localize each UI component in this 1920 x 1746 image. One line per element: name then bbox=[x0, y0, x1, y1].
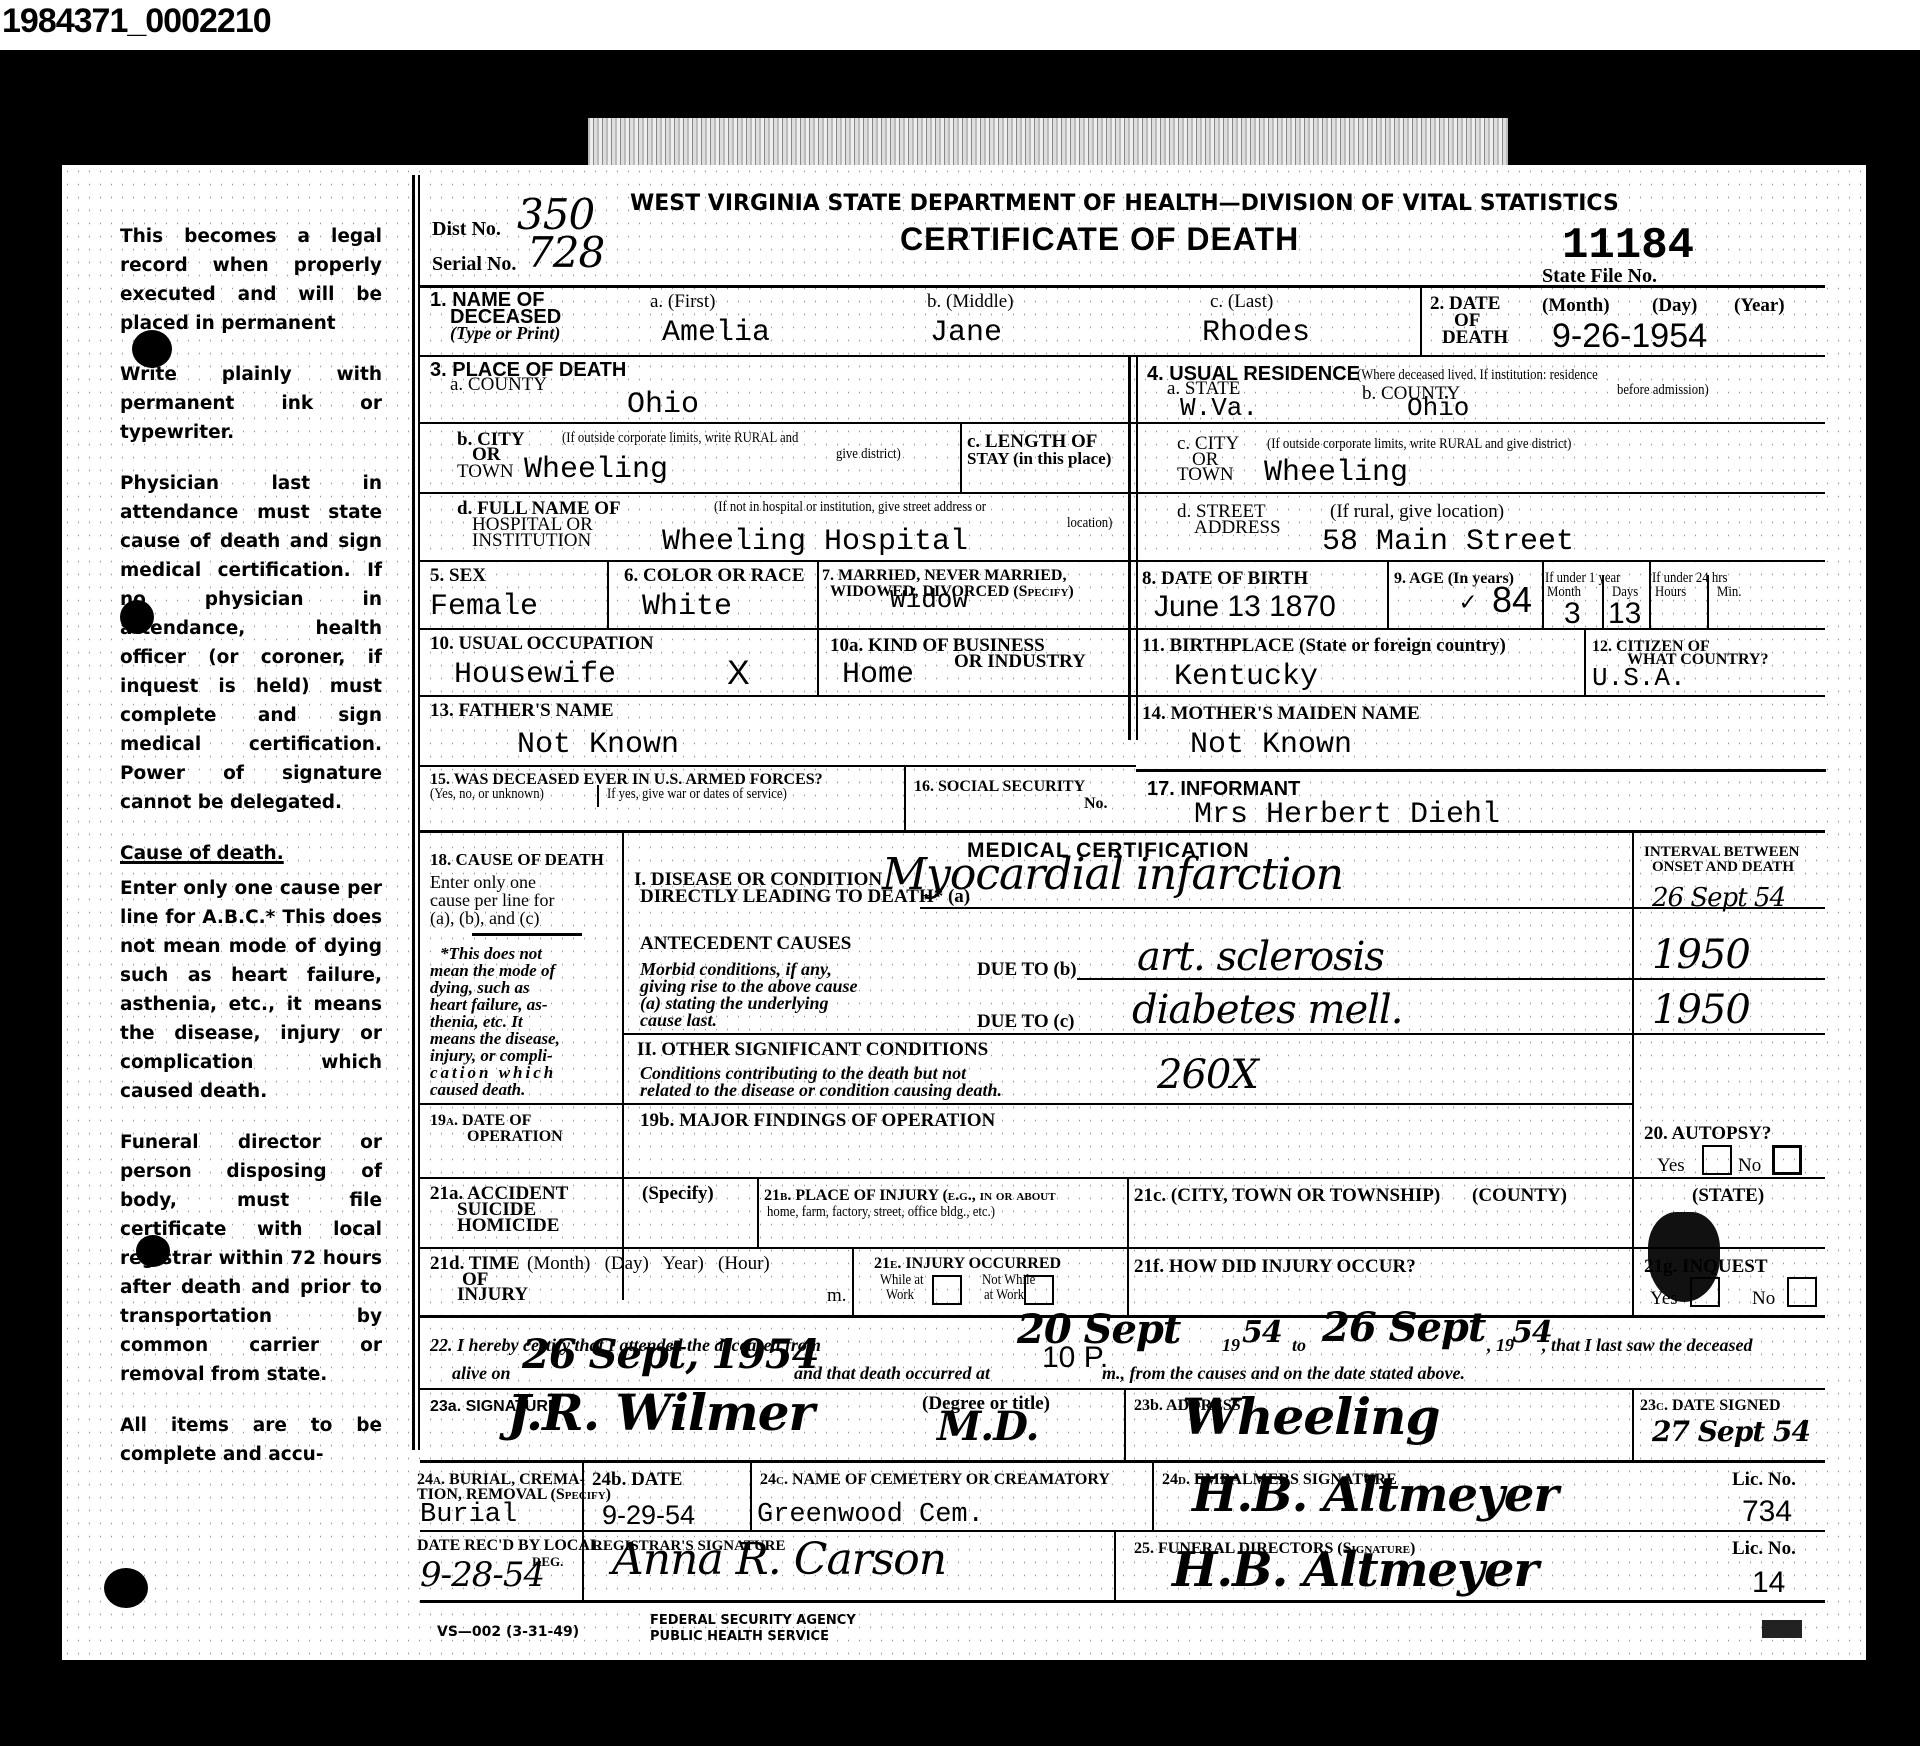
hospital-value: Wheeling Hospital bbox=[662, 527, 968, 557]
agency-heading: WEST VIRGINIA STATE DEPARTMENT OF HEALTH… bbox=[630, 195, 1619, 213]
death-city-value: Wheeling bbox=[524, 455, 668, 485]
physician-signature: J.R. Wilmer bbox=[507, 1393, 814, 1433]
date-signed-value: 27 Sept 54 bbox=[1652, 1412, 1810, 1452]
hosp-label3: INSTITUTION bbox=[472, 532, 591, 550]
divider bbox=[597, 785, 599, 807]
f21f-label: 21f. HOW DID INJURY OCCUR? bbox=[1134, 1258, 1416, 1276]
cause-a-interval: 26 Sept 54 bbox=[1652, 878, 1785, 918]
cause-b-interval: 1950 bbox=[1652, 935, 1750, 975]
divider bbox=[1136, 355, 1138, 740]
last-name-label: c. (Last) bbox=[1210, 293, 1273, 311]
f21d-m: m. bbox=[827, 1287, 847, 1305]
funeral-license-value: 14 bbox=[1752, 1568, 1785, 1598]
f16-label: 16. SOCIAL SECURITY bbox=[914, 778, 1085, 796]
occupation-mark: X bbox=[727, 653, 749, 693]
last-name-value: Rhodes bbox=[1202, 318, 1310, 348]
f2-label3: DEATH bbox=[1442, 329, 1508, 347]
death-year-label: (Year) bbox=[1734, 297, 1785, 315]
divider bbox=[757, 1177, 759, 1247]
f3-city-note: (If outside corporate limits, write RURA… bbox=[562, 431, 798, 446]
serial-no-label: Serial No. bbox=[432, 255, 516, 273]
death-county-value: Ohio bbox=[627, 390, 699, 420]
f21d-label3: INJURY bbox=[457, 1286, 528, 1304]
mother-name-value: Not Known bbox=[1190, 730, 1352, 760]
divider bbox=[622, 1033, 1825, 1035]
divider bbox=[420, 1600, 1825, 1603]
other-conditions-value: 260X bbox=[1157, 1055, 1258, 1095]
f21e-label: 21e. INJURY OCCURRED bbox=[874, 1255, 1061, 1273]
f15-sub2: If yes, give war or dates of service) bbox=[607, 787, 787, 802]
f5-label: 5. SEX bbox=[430, 567, 486, 585]
f18-footnote-4: heart failure, as- bbox=[430, 996, 548, 1013]
embalmer-signature: H.B. Altmeyer bbox=[1192, 1475, 1558, 1515]
due-c-label: DUE TO (c) bbox=[977, 1013, 1074, 1031]
other-label: II. OTHER SIGNIFICANT CONDITIONS bbox=[637, 1041, 988, 1059]
days-value: 13 bbox=[1608, 599, 1641, 629]
race-value: White bbox=[642, 592, 732, 622]
f21d-cols: (Month) (Day) Year) (Hour) bbox=[527, 1255, 770, 1273]
footer-agency-2: PUBLIC HEALTH SERVICE bbox=[650, 1628, 829, 1646]
f21a-specify: (Specify) bbox=[642, 1185, 714, 1203]
serial-no-value: 728 bbox=[527, 233, 604, 273]
date-received-value: 9-28-54 bbox=[420, 1555, 544, 1595]
f4-note: (Where deceased lived. If institution: r… bbox=[1357, 368, 1598, 383]
at-work-checkbox[interactable] bbox=[932, 1275, 962, 1305]
embalmer-license-value: 734 bbox=[1742, 1497, 1792, 1527]
f18-note-3: (a), (b), and (c) bbox=[430, 909, 539, 927]
res-city-value: Wheeling bbox=[1264, 458, 1408, 488]
scan-noise-strip bbox=[588, 118, 1508, 170]
f11-label: 11. BIRTHPLACE (State or foreign country… bbox=[1142, 637, 1506, 655]
antecedent-label: ANTECEDENT CAUSES bbox=[640, 935, 851, 953]
autopsy-yes-checkbox[interactable] bbox=[1702, 1145, 1732, 1175]
alive-on-value: 26 Sept, 1954 bbox=[522, 1335, 819, 1375]
cert-line1-b: , that I last saw the deceased bbox=[1542, 1337, 1753, 1354]
divider bbox=[1420, 285, 1422, 355]
f18-footnote-9: caused death. bbox=[430, 1081, 525, 1098]
divider bbox=[1584, 628, 1586, 695]
punch-hole-blot bbox=[136, 1235, 170, 1267]
divider bbox=[420, 628, 1825, 630]
punch-hole-blot bbox=[120, 600, 154, 634]
instruction-legal-record: This becomes a legal record when properl… bbox=[120, 222, 382, 338]
divider bbox=[622, 830, 624, 1300]
f6-label: 6. COLOR OR RACE bbox=[624, 567, 805, 585]
f21b-label2: home, farm, factory, street, office bldg… bbox=[767, 1205, 995, 1220]
f14-label: 14. MOTHER'S MAIDEN NAME bbox=[1142, 705, 1420, 723]
divider bbox=[420, 560, 1825, 562]
street-note: (If rural, give location) bbox=[1330, 503, 1504, 521]
instruction-physician: Physician last in attendance must state … bbox=[120, 469, 382, 817]
f18-footnote-2: mean the mode of bbox=[430, 962, 555, 979]
state-file-value: 11184 bbox=[1562, 231, 1694, 261]
form-left-border bbox=[412, 175, 420, 1450]
f8-label: 8. DATE OF BIRTH bbox=[1142, 570, 1308, 588]
birth-date-value: June 13 1870 bbox=[1154, 592, 1336, 622]
f18-label: 18. CAUSE OF DEATH bbox=[430, 851, 604, 869]
divider bbox=[960, 422, 962, 492]
middle-name-label: b. (Middle) bbox=[927, 293, 1014, 311]
due-b-label: DUE TO (b) bbox=[977, 961, 1077, 979]
f21e-atwork: at Work bbox=[984, 1288, 1024, 1303]
f16-label2: No. bbox=[1084, 795, 1108, 813]
f21e-while: While at bbox=[880, 1273, 924, 1288]
cause-c-value: diabetes mell. bbox=[1132, 990, 1402, 1030]
death-time-value: 10 P. bbox=[1042, 1343, 1108, 1373]
f18-footnote-5: thenia, etc. It bbox=[430, 1013, 523, 1030]
f24c-label: 24c. NAME OF CEMETERY OR CREAMATORY bbox=[760, 1471, 1110, 1489]
res-city-town: TOWN bbox=[1177, 466, 1234, 484]
occupation-value: Housewife bbox=[454, 660, 616, 690]
divider bbox=[1114, 1530, 1116, 1600]
informant-value: Mrs Herbert Diehl bbox=[1194, 800, 1500, 830]
f20-label: 20. AUTOPSY? bbox=[1644, 1125, 1771, 1143]
divider bbox=[1387, 560, 1389, 628]
instruction-all-items: All items are to be complete and accu- bbox=[120, 1411, 382, 1469]
dist-no-label: Dist No. bbox=[432, 220, 501, 238]
not-at-work-checkbox[interactable] bbox=[1024, 1275, 1054, 1305]
divider bbox=[420, 422, 1825, 424]
f19b-label: 19b. MAJOR FINDINGS OF OPERATION bbox=[640, 1112, 995, 1130]
f21c-county: (COUNTY) bbox=[1472, 1187, 1567, 1205]
scan-border-bottom bbox=[0, 1660, 1920, 1746]
inquest-yes-label: Yes bbox=[1650, 1290, 1678, 1308]
f18-footnote-8: cation which bbox=[430, 1064, 556, 1081]
divider bbox=[420, 1103, 1632, 1105]
marital-value: Widow bbox=[890, 585, 968, 615]
f18-footnote-3: dying, such as bbox=[430, 979, 530, 996]
physician-degree: M.D. bbox=[937, 1407, 1038, 1447]
f1-label3: (Type or Print) bbox=[450, 325, 560, 342]
stay-label2: STAY (in this place) bbox=[967, 450, 1111, 468]
inquest-no-checkbox[interactable] bbox=[1787, 1277, 1817, 1307]
street-label2: ADDRESS bbox=[1194, 519, 1281, 537]
street-value: 58 Main Street bbox=[1322, 527, 1574, 557]
autopsy-yes-label: Yes bbox=[1657, 1157, 1685, 1175]
interval-label2: ONSET AND DEATH bbox=[1652, 858, 1794, 876]
divider bbox=[1632, 830, 1634, 1300]
f3-city-town: TOWN bbox=[457, 463, 514, 481]
divider bbox=[1127, 1177, 1129, 1315]
registrar-signature: Anna R. Carson bbox=[612, 1540, 946, 1580]
physician-address: Wheeling bbox=[1182, 1397, 1439, 1437]
alive-label: alive on bbox=[452, 1365, 511, 1382]
inquest-yes-checkbox[interactable] bbox=[1690, 1277, 1720, 1307]
f18-note-1: Enter only one bbox=[430, 873, 536, 891]
age-check-mark: ✓ bbox=[1460, 588, 1476, 618]
burial-date-value: 9-29-54 bbox=[602, 1500, 695, 1530]
scan-border-right bbox=[1866, 165, 1920, 1665]
hosp-note2: location) bbox=[1067, 516, 1112, 531]
f18-footnote-7: injury, or compli- bbox=[430, 1047, 553, 1064]
f21a-label-3: HOMICIDE bbox=[457, 1217, 559, 1235]
antecedent-note-4: cause last. bbox=[640, 1012, 717, 1029]
res-state-value: W.Va. bbox=[1180, 393, 1258, 423]
divider bbox=[420, 355, 1825, 357]
divider bbox=[1136, 769, 1826, 772]
death-month-label: (Month) bbox=[1542, 297, 1610, 315]
attended-to-value: 26 Sept bbox=[1322, 1308, 1485, 1348]
f21g-label: 21g. INQUEST bbox=[1644, 1258, 1768, 1276]
instructions-sidebar: This becomes a legal record when properl… bbox=[120, 222, 382, 1491]
divider bbox=[1632, 1388, 1634, 1460]
f3-county-label: a. COUNTY bbox=[450, 376, 547, 394]
divider bbox=[750, 1460, 752, 1530]
divider bbox=[1152, 1460, 1154, 1530]
cert-line2-b: m., from the causes and on the date stat… bbox=[1102, 1365, 1465, 1382]
divider bbox=[1707, 575, 1709, 628]
sex-value: Female bbox=[430, 592, 538, 622]
business-value: Home bbox=[842, 660, 914, 690]
autopsy-no-label: No bbox=[1738, 1157, 1761, 1175]
inquest-no-label: No bbox=[1752, 1290, 1775, 1308]
res-city-note: (If outside corporate limits, write RURA… bbox=[1267, 437, 1571, 452]
f21c-label: 21c. (CITY, TOWN OR TOWNSHIP) bbox=[1134, 1187, 1440, 1205]
f21e-work: Work bbox=[886, 1288, 914, 1303]
divider bbox=[1124, 1388, 1126, 1460]
divider bbox=[1128, 355, 1131, 740]
f3-city-note2: give district) bbox=[836, 447, 901, 462]
res-county-value: Ohio bbox=[1407, 393, 1469, 423]
f25-lic-label: Lic. No. bbox=[1732, 1540, 1796, 1558]
cert-line2-a: and that death occurred at bbox=[794, 1365, 990, 1382]
hosp-note: (If not in hospital or institution, give… bbox=[714, 500, 986, 515]
divider bbox=[420, 765, 1136, 767]
divider bbox=[420, 830, 1825, 833]
funeral-director-signature: H.B. Altmeyer bbox=[1172, 1550, 1538, 1590]
f10a-label2: OR INDUSTRY bbox=[954, 653, 1086, 671]
f24b-label: 24b. DATE bbox=[592, 1471, 682, 1489]
cause-of-death-heading: Cause of death. bbox=[120, 843, 284, 864]
f15-sub1: (Yes, no, or unknown) bbox=[430, 787, 544, 802]
punch-hole-blot bbox=[104, 1568, 148, 1608]
divider bbox=[420, 1530, 1825, 1532]
autopsy-no-checkbox-checked[interactable] bbox=[1772, 1145, 1802, 1175]
age-value: 84 bbox=[1492, 585, 1532, 615]
f19a-label2: OPERATION bbox=[467, 1128, 563, 1146]
cause-b-value: art. sclerosis bbox=[1137, 937, 1384, 977]
divider bbox=[1649, 560, 1651, 628]
citizen-value: U.S.A. bbox=[1592, 663, 1686, 693]
document-id: 1984371_0002210 bbox=[2, 2, 271, 41]
rec-label: DATE REC'D BY LOCAL bbox=[417, 1537, 601, 1555]
punch-hole-blot bbox=[132, 330, 172, 368]
certificate-title: CERTIFICATE OF DEATH bbox=[900, 230, 1299, 248]
divider bbox=[420, 1460, 1825, 1463]
other-note2: related to the disease or condition caus… bbox=[640, 1082, 1002, 1099]
months-value: 3 bbox=[1564, 599, 1581, 629]
f10-label: 10. USUAL OCCUPATION bbox=[430, 635, 654, 653]
f13-label: 13. FATHER'S NAME bbox=[430, 702, 614, 720]
divider bbox=[420, 1177, 1825, 1179]
date-of-death-value: 9-26-1954 bbox=[1552, 321, 1707, 351]
disposition-value: Burial bbox=[420, 1500, 517, 1530]
divider bbox=[852, 1247, 854, 1315]
divider bbox=[1077, 978, 1825, 980]
f21c-state: (STATE) bbox=[1692, 1187, 1764, 1205]
hours-label: Hours bbox=[1655, 585, 1686, 600]
divider bbox=[1542, 560, 1544, 628]
divider bbox=[1632, 1247, 1634, 1315]
f21b-label: 21b. PLACE OF INJURY (e.g., in or about bbox=[764, 1187, 1056, 1205]
divider bbox=[420, 492, 1825, 494]
cause-c-interval: 1950 bbox=[1652, 990, 1750, 1030]
divider bbox=[420, 695, 1825, 697]
union-label-stamp bbox=[1762, 1620, 1802, 1638]
cemetery-value: Greenwood Cem. bbox=[757, 1500, 984, 1530]
f18-footnote-6: means the disease, bbox=[430, 1030, 560, 1047]
year2-prefix: , 19 bbox=[1487, 1337, 1514, 1354]
f4-note2: before admission) bbox=[1617, 383, 1709, 398]
instruction-cause: Enter only one cause per line for A.B.C.… bbox=[120, 874, 382, 1106]
f24d-lic-label: Lic. No. bbox=[1732, 1471, 1796, 1489]
first-name-value: Amelia bbox=[662, 318, 770, 348]
f18-footnote-1: *This does not bbox=[440, 945, 542, 962]
cause-a-value: Myocardial infarction bbox=[882, 855, 1343, 895]
f17-label: 17. INFORMANT bbox=[1147, 780, 1300, 799]
divider bbox=[607, 560, 609, 628]
min-label: Min. bbox=[1717, 585, 1741, 600]
divider bbox=[420, 285, 1825, 288]
birthplace-value: Kentucky bbox=[1174, 662, 1318, 692]
f18-note-2: cause per line for bbox=[430, 891, 554, 909]
first-name-label: a. (First) bbox=[650, 293, 715, 311]
father-name-value: Not Known bbox=[517, 730, 679, 760]
divider bbox=[472, 933, 582, 936]
divider bbox=[420, 1247, 1825, 1249]
instruction-write-plainly: Write plainly with permanent ink or type… bbox=[120, 360, 382, 447]
year1-prefix: 19 bbox=[1222, 1337, 1240, 1354]
to-label: to bbox=[1292, 1337, 1306, 1354]
divider bbox=[1602, 575, 1604, 628]
divider bbox=[904, 765, 906, 830]
attended-from-year: 54 bbox=[1242, 1313, 1282, 1353]
death-certificate-form: Dist No. 350 Serial No. 728 WEST VIRGINI… bbox=[412, 175, 1832, 1645]
middle-name-value: Jane bbox=[930, 318, 1002, 348]
form-number: VS—002 (3-31-49) bbox=[437, 1623, 579, 1641]
scan-border-left bbox=[0, 165, 62, 1665]
death-day-label: (Day) bbox=[1652, 297, 1697, 315]
